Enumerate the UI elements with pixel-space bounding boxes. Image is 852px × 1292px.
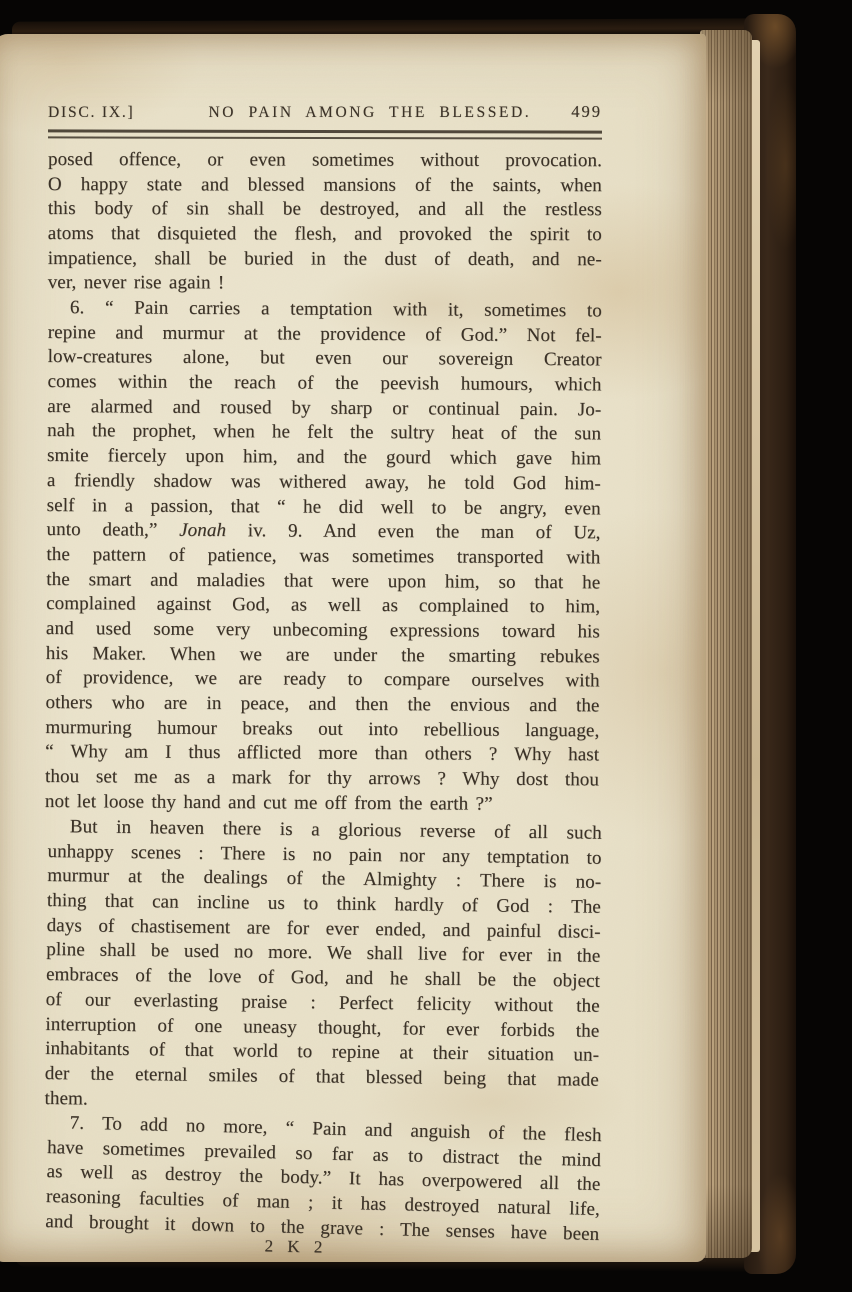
text-line: are alarmed and roused by sharp or conti…	[47, 395, 601, 423]
header-title: NO PAIN AMONG THE BLESSED.	[134, 104, 571, 122]
text-line: repine and murmur at the providence of G…	[48, 321, 602, 349]
text-line: murmuring humour breaks out into rebelli…	[45, 716, 599, 744]
screenshot-root: { "colors": { "background": "#060504", "…	[0, 0, 852, 1292]
paragraph: But in heaven there is a glorious revers…	[44, 815, 602, 1118]
text-line: 6. “ Pain carries a temptation with it, …	[48, 296, 602, 324]
book-page: DISC. IX.] NO PAIN AMONG THE BLESSED. 49…	[0, 34, 706, 1262]
header-double-rule	[48, 129, 602, 139]
text-line: others who are in peace, and then the en…	[45, 691, 599, 719]
text-line: ver, never rise again !	[48, 271, 602, 297]
running-header: DISC. IX.] NO PAIN AMONG THE BLESSED. 49…	[48, 102, 602, 122]
text-line: the pattern of patience, was sometimes t…	[46, 543, 600, 571]
page-content: DISC. IX.] NO PAIN AMONG THE BLESSED. 49…	[48, 34, 602, 1257]
text-line: complained against God, as well as compl…	[46, 592, 600, 620]
page-stack-fore-edge	[700, 30, 752, 1258]
text-line: posed offence, or even sometimes without…	[48, 148, 602, 174]
header-page-number: 499	[571, 102, 602, 122]
text-line: thou set me as a mark for thy arrows ? W…	[45, 765, 599, 793]
text-line: and used some very unbecoming expression…	[46, 617, 600, 645]
text-line: smite fiercely upon him, and the gourd w…	[47, 444, 601, 472]
text-line: not let loose thy hand and cut me off fr…	[45, 790, 599, 818]
text-line: nah the prophet, when he felt the sultry…	[47, 420, 601, 448]
text-line: this body of sin shall be destroyed, and…	[48, 197, 602, 223]
photo-background: DISC. IX.] NO PAIN AMONG THE BLESSED. 49…	[0, 0, 852, 1292]
text-line: O happy state and blessed mansions of th…	[48, 173, 602, 199]
text-line: comes within the reach of the peevish hu…	[47, 370, 601, 398]
page-body: posed offence, or even sometimes without…	[48, 148, 602, 1234]
paragraph: 7. To add no more, “ Pain and anguish of…	[45, 1111, 602, 1247]
text-line: “ Why am I thus afflicted more than othe…	[45, 740, 599, 768]
paragraph: posed offence, or even sometimes without…	[48, 148, 602, 297]
text-line: self in a passion, that “ he did well to…	[47, 494, 601, 522]
text-line: atoms that disquieted the flesh, and pro…	[48, 222, 602, 248]
text-line: impatience, shall be buried in the dust …	[48, 247, 602, 273]
text-line: of providence, we are ready to compare o…	[46, 666, 600, 694]
text-line: low-creatures alone, but even our sovere…	[48, 345, 602, 373]
header-discourse-label: DISC. IX.]	[48, 104, 134, 122]
text-line: a friendly shadow was withered away, he …	[47, 469, 601, 497]
text-line: his Maker. When we are under the smartin…	[46, 642, 600, 670]
text-line: the smart and maladies that were upon hi…	[46, 568, 600, 596]
paragraph: 6. “ Pain carries a temptation with it, …	[45, 296, 602, 818]
text-line: unto death,” Jonah iv. 9. And even the m…	[46, 518, 600, 546]
